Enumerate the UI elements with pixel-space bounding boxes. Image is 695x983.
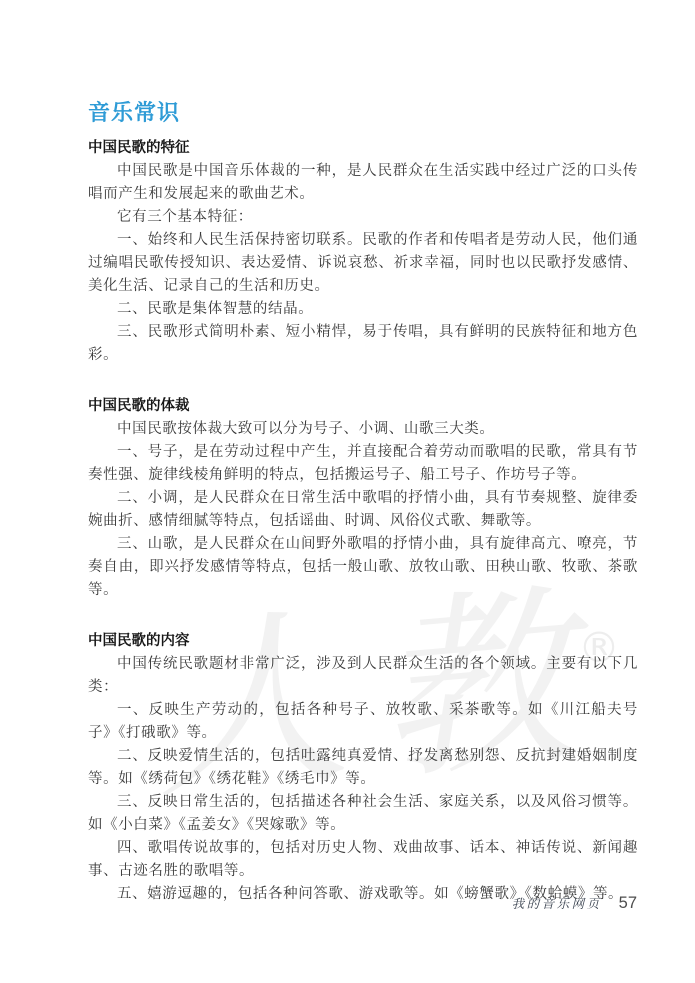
- paragraph: 一、反映生产劳动的，包括各种号子、放牧歌、采茶歌等。如《川江船夫号子》《打硪歌》…: [88, 699, 638, 745]
- paragraph: 中国民歌按体裁大致可以分为号子、小调、山歌三大类。: [88, 418, 638, 441]
- section-heading: 中国民歌的特征: [88, 137, 638, 160]
- section-folk-song-characteristics: 中国民歌的特征 中国民歌是中国音乐体裁的一种，是人民群众在生活实践中经过广泛的口…: [88, 137, 638, 367]
- paragraph: 一、号子，是在劳动过程中产生，并直接配合着劳动而歌唱的民歌，常具有节奏性强、旋律…: [88, 441, 638, 487]
- paragraph: 一、始终和人民生活保持密切联系。民歌的作者和传唱者是劳动人民，他们通过编唱民歌传…: [88, 229, 638, 298]
- footer-label: 我的音乐网页: [512, 894, 602, 912]
- paragraph: 中国传统民歌题材非常广泛，涉及到人民群众生活的各个领域。主要有以下几类：: [88, 653, 638, 699]
- page-content: 音乐常识 中国民歌的特征 中国民歌是中国音乐体裁的一种，是人民群众在生活实践中经…: [88, 100, 638, 906]
- section-heading: 中国民歌的内容: [88, 630, 638, 653]
- page-number: 57: [619, 894, 637, 913]
- paragraph: 三、反映日常生活的，包括描述各种社会生活、家庭关系，以及风俗习惯等。如《小白菜》…: [88, 791, 638, 837]
- page-footer: 我的音乐网页 57: [512, 894, 637, 913]
- section-folk-song-genres: 中国民歌的体裁 中国民歌按体裁大致可以分为号子、小调、山歌三大类。 一、号子，是…: [88, 395, 638, 602]
- section-heading: 中国民歌的体裁: [88, 395, 638, 418]
- paragraph: 二、反映爱情生活的，包括吐露纯真爱情、抒发离愁别怨、反抗封建婚姻制度等。如《绣荷…: [88, 745, 638, 791]
- paragraph: 四、歌唱传说故事的，包括对历史人物、戏曲故事、话本、神话传说、新闻趣事、古迹名胜…: [88, 837, 638, 883]
- paragraph: 二、小调，是人民群众在日常生活中歌唱的抒情小曲，具有节奏规整、旋律委婉曲折、感情…: [88, 487, 638, 533]
- paragraph: 中国民歌是中国音乐体裁的一种，是人民群众在生活实践中经过广泛的口头传唱而产生和发…: [88, 160, 638, 206]
- paragraph: 二、民歌是集体智慧的结晶。: [88, 298, 638, 321]
- paragraph: 三、山歌，是人民群众在山间野外歌唱的抒情小曲，具有旋律高亢、嘹亮，节奏自由，即兴…: [88, 533, 638, 602]
- page-title: 音乐常识: [88, 100, 638, 126]
- paragraph: 它有三个基本特征：: [88, 206, 638, 229]
- textbook-page: 人教 ® 音乐常识 中国民歌的特征 中国民歌是中国音乐体裁的一种，是人民群众在生…: [0, 0, 695, 983]
- section-folk-song-content: 中国民歌的内容 中国传统民歌题材非常广泛，涉及到人民群众生活的各个领域。主要有以…: [88, 630, 638, 906]
- paragraph: 三、民歌形式简明朴素、短小精悍，易于传唱，具有鲜明的民族特征和地方色彩。: [88, 321, 638, 367]
